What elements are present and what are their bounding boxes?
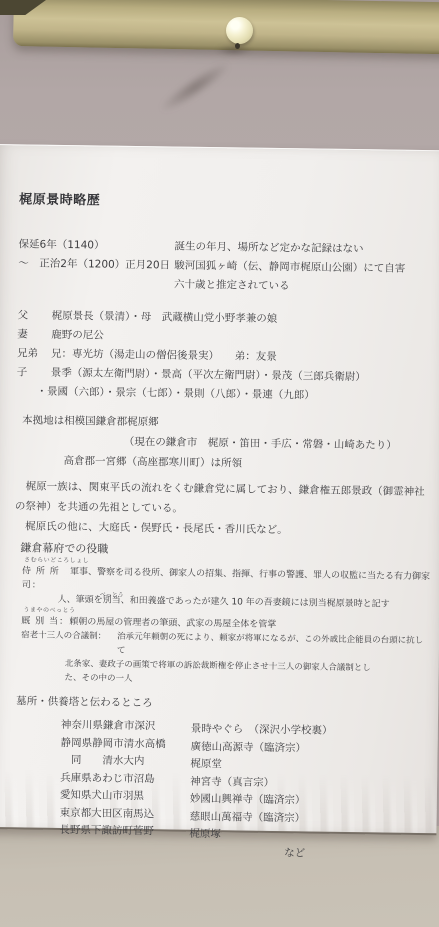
grave-place: 兵庫県あわじ市沼島 [60, 769, 190, 788]
grave-place: 神奈川県鎌倉市深沢 [61, 717, 191, 736]
role-term: 厩 別 当： [21, 614, 69, 629]
grave-place: 同 清水大内 [60, 752, 190, 771]
children-label: 子 [17, 363, 51, 382]
era-start: 保延6年（1140） [18, 235, 174, 256]
grave-place: 愛知県犬山市羽黒 [60, 787, 190, 806]
push-pin [226, 17, 253, 44]
grave-place [59, 839, 189, 858]
family-section: 父 梶原景長（景清）・母 武蔵横山党小野孝兼の娘 妻 鹿野の尼公 兄弟 兄：専光… [16, 306, 433, 407]
clan-section: 梶原一族は、関東平氏の流れをくむ鎌倉党に属しており、鎌倉権五郎景政（御霊神社 の… [15, 476, 432, 542]
grave-place: 静岡県静岡市清水高橋 [61, 734, 191, 753]
base-line: 本拠地は相模国鎌倉郡梶原郷 [22, 410, 432, 436]
graves-etc: など [189, 843, 426, 864]
role-term: 侍 所 所 司： [22, 564, 70, 593]
grave-place: 長野県下諏訪町菅野 [59, 822, 189, 841]
furigana: べっとう [100, 589, 124, 603]
role-desc: 治承元年頼朝の死により、頼家が将軍になるが、この外戚比企能員の台頭に抗して [117, 630, 429, 662]
pin-contact-shadow [216, 44, 252, 56]
doc-title: 梶原景時略歴 [19, 193, 435, 213]
home-base-section: 本拠地は相模国鎌倉郡梶原郷 （現在の鎌倉市 梶原・笛田・手広・常磐・山崎あたり）… [15, 410, 432, 476]
dates-section: 保延6年（1140） 誕生の年月、場所など定かな記録はない ～ 正治2年（120… [18, 235, 435, 298]
age-note: 六十歳と推定されている [174, 276, 434, 299]
spacer [18, 273, 174, 294]
paper-sheet: 梶原景時略歴 保延6年（1140） 誕生の年月、場所など定かな記録はない ～ 正… [0, 144, 439, 835]
shogunate-roles-section: 鎌倉幕府での役職 さむらいどころしょし 侍 所 所 司： 軍事、警察を司る役所、… [12, 540, 430, 690]
document: 梶原景時略歴 保延6年（1140） 誕生の年月、場所など定かな記録はない ～ 正… [0, 145, 439, 833]
graves-section: 墓所・供養塔と伝わるところ 神奈川県鎌倉市深沢 景時やぐら （深沢小学校裏） 静… [10, 692, 428, 862]
grave-place: 東京都大田区南馬込 [60, 804, 190, 823]
era-end: ～ 正治2年（1200）正月20日 [18, 254, 174, 275]
graves-list: 神奈川県鎌倉市深沢 景時やぐら （深沢小学校裏） 静岡県静岡市清水高橋 廣徳山高… [10, 716, 428, 862]
role-term: 宿老十三人の合議制： [21, 628, 117, 657]
siblings-label: 兄弟 [17, 344, 51, 363]
graves-heading: 墓所・供養塔と伝わるところ [16, 692, 428, 716]
wife-label: 妻 [17, 325, 51, 344]
photo-of-pinned-document: 梶原景時略歴 保延6年（1140） 誕生の年月、場所など定かな記録はない ～ 正… [0, 0, 439, 927]
father-label: 父 [17, 306, 51, 325]
